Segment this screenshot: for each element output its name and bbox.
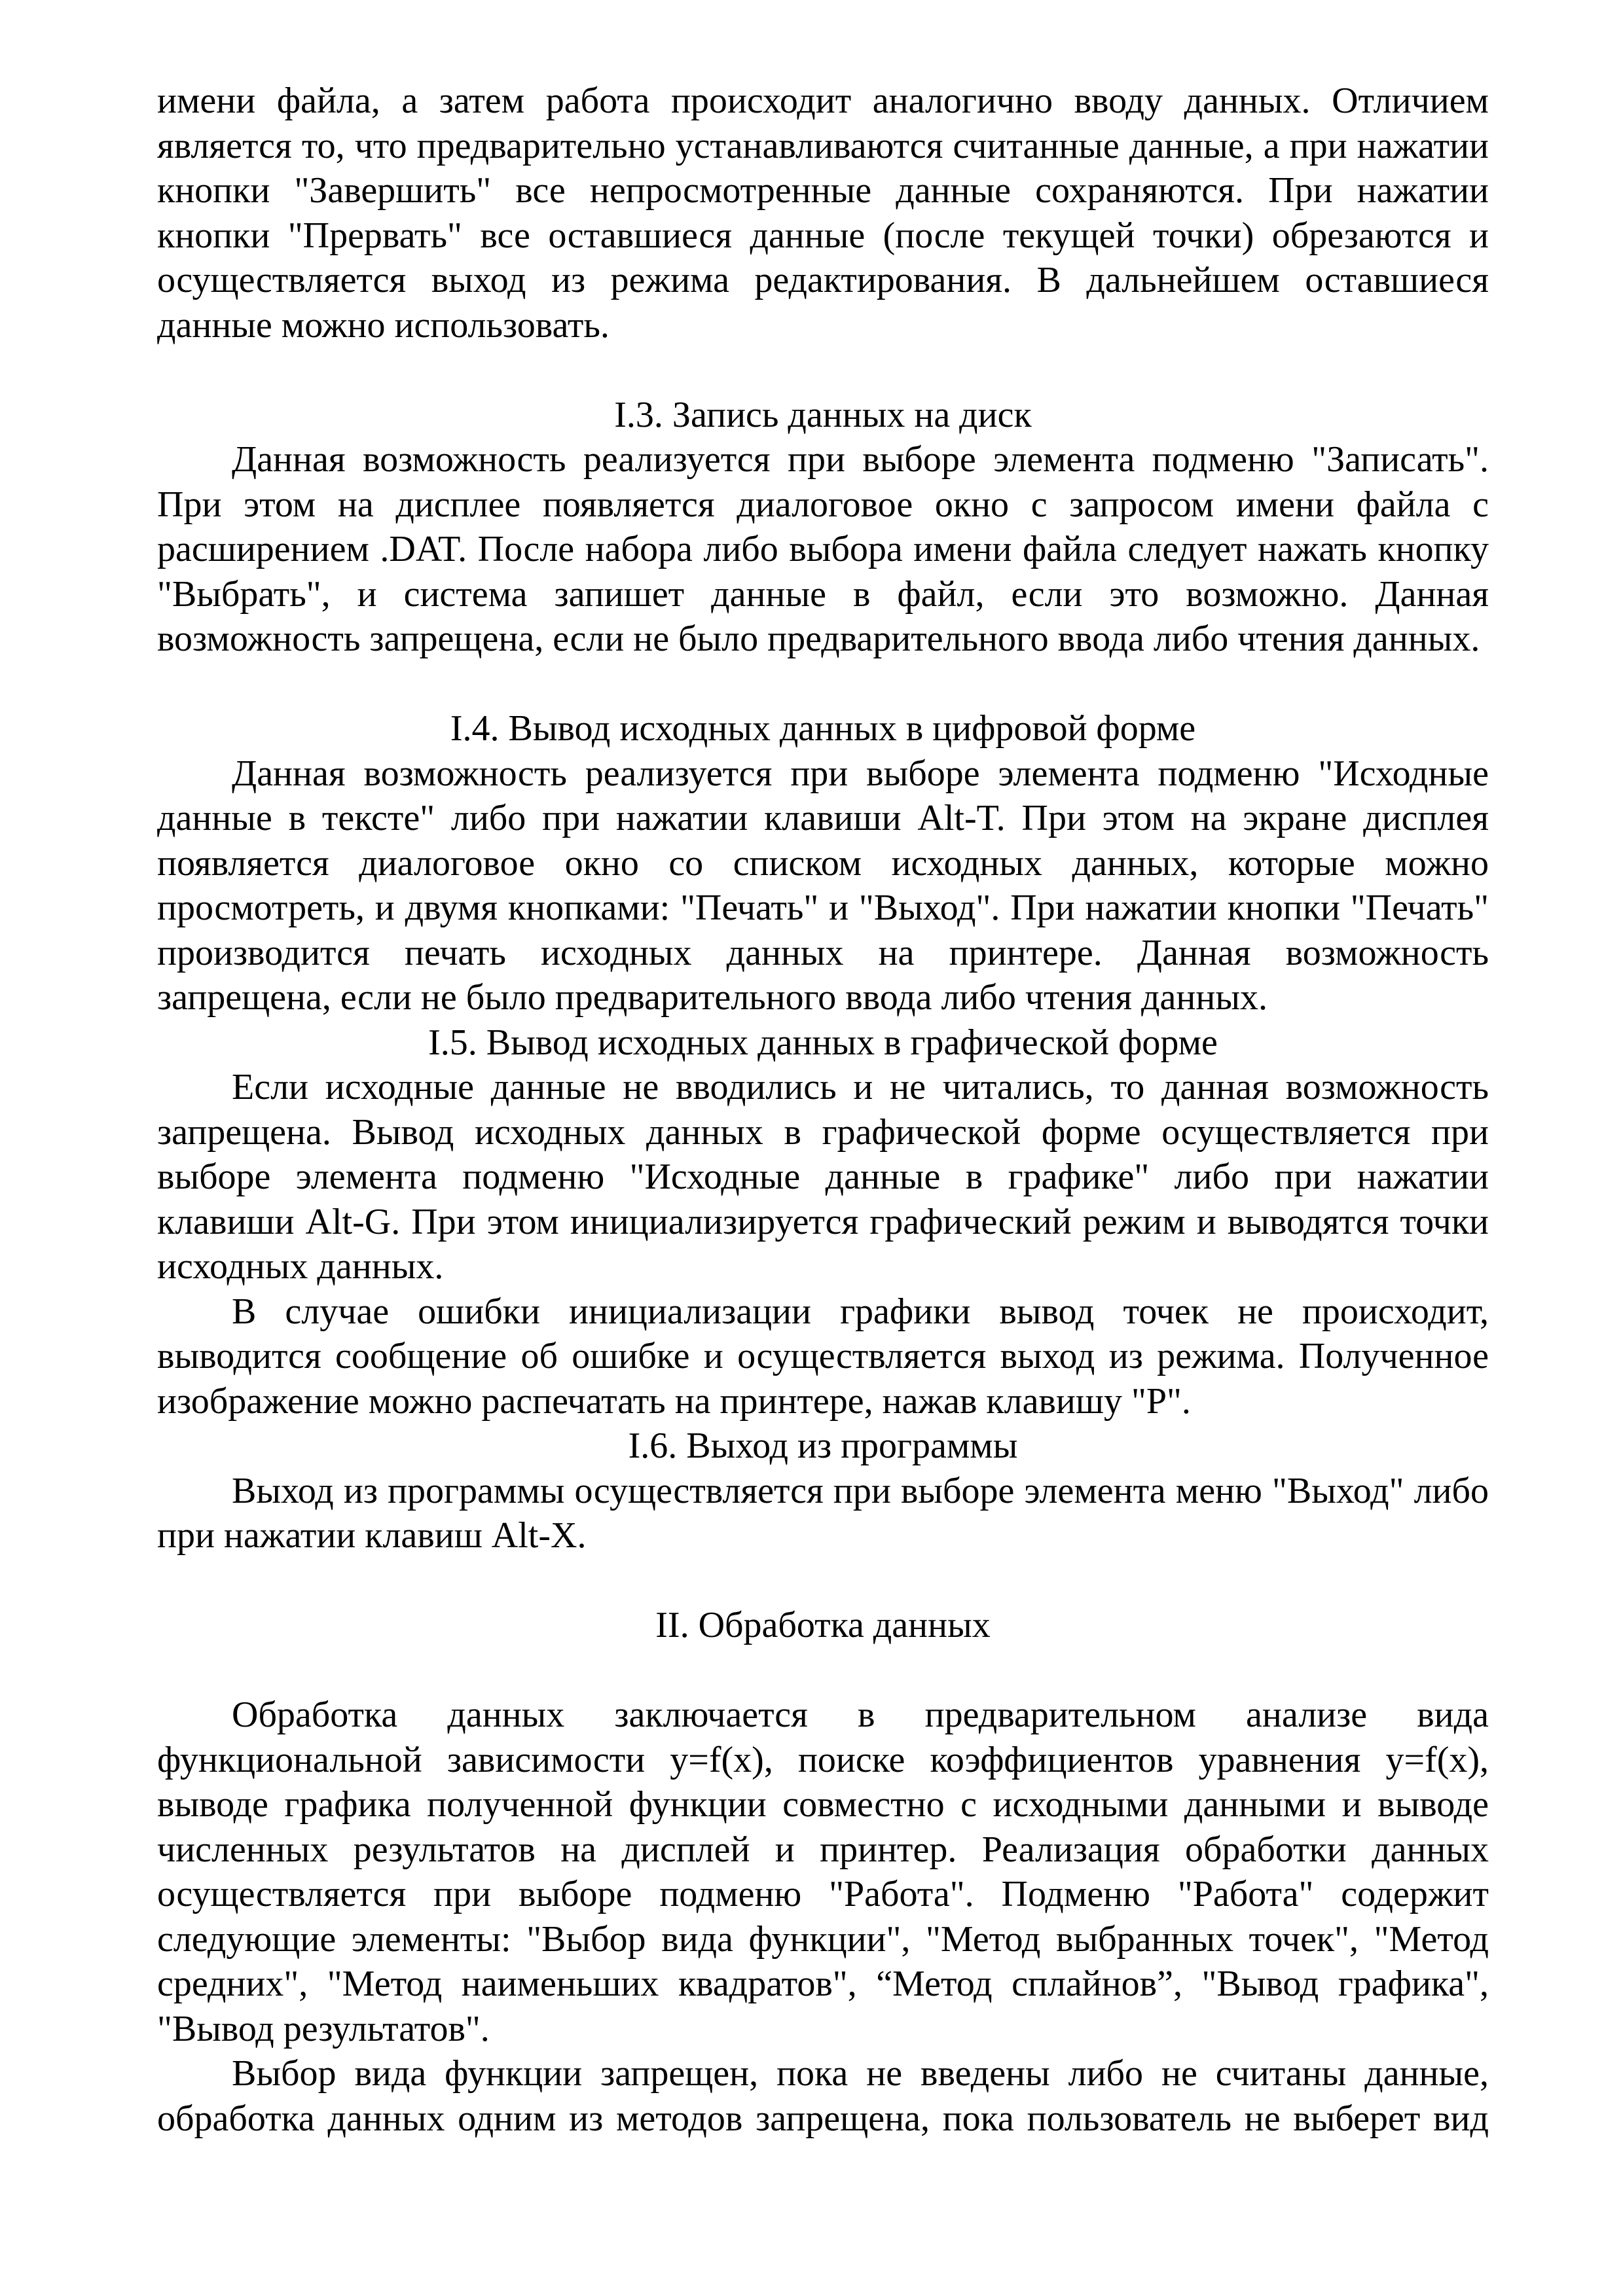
section-heading-i4: I.4. Вывод исходных данных в цифровой фо… — [157, 706, 1489, 751]
paragraph-line: "Выбрать", и система запишет данные в фа… — [157, 572, 1489, 617]
blank-line — [157, 1648, 1489, 1693]
paragraph-line: расширением .DAT. После набора либо выбо… — [157, 527, 1489, 572]
paragraph-line: запрещена, если не было предварительного… — [157, 975, 1489, 1020]
paragraph-line: запрещена. Вывод исходных данных в графи… — [157, 1110, 1489, 1155]
paragraph-line: обработка данных одним из методов запрещ… — [157, 2096, 1489, 2142]
paragraph-line: При этом на дисплее появляется диалогово… — [157, 482, 1489, 528]
paragraph-line: численных результатов на дисплей и принт… — [157, 1827, 1489, 1873]
section-heading-ii: II. Обработка данных — [157, 1603, 1489, 1648]
paragraph-line: Если исходные данные не вводились и не ч… — [157, 1065, 1489, 1110]
section-heading-i5: I.5. Вывод исходных данных в графической… — [157, 1020, 1489, 1066]
paragraph-line: В случае ошибки инициализации графики вы… — [157, 1289, 1489, 1335]
paragraph-line: Данная возможность реализуется при выбор… — [157, 437, 1489, 482]
paragraph-line: данные в тексте" либо при нажатии клавиш… — [157, 796, 1489, 841]
paragraph-line: данные можно использовать. — [157, 303, 1489, 348]
blank-line — [157, 662, 1489, 707]
blank-line — [157, 348, 1489, 393]
paragraph-line: при нажатии клавиш Alt-X. — [157, 1513, 1489, 1558]
paragraph-line: изображение можно распечатать на принтер… — [157, 1379, 1489, 1424]
paragraph-line: клавиши Alt-G. При этом инициализируется… — [157, 1200, 1489, 1245]
paragraph-line: Выход из программы осуществляется при вы… — [157, 1469, 1489, 1514]
paragraph-line: осуществляется выход из режима редактиро… — [157, 258, 1489, 303]
paragraph-line: "Вывод результатов". — [157, 2007, 1489, 2052]
paragraph-line: средних", "Метод наименьших квадратов", … — [157, 1962, 1489, 2007]
section-heading-i3: I.3. Запись данных на диск — [157, 393, 1489, 438]
paragraph-line: осуществляется при выборе подменю "Работ… — [157, 1872, 1489, 1917]
paragraph-line: просмотреть, и двумя кнопками: "Печать" … — [157, 886, 1489, 931]
paragraph-line: является то, что предварительно устанавл… — [157, 124, 1489, 169]
paragraph-line: выводе графика полученной функции совмес… — [157, 1782, 1489, 1827]
paragraph-line: следующие элементы: "Выбор вида функции"… — [157, 1917, 1489, 1962]
paragraph-line: исходных данных. — [157, 1244, 1489, 1289]
paragraph-line: функциональной зависимости y=f(x), поиск… — [157, 1738, 1489, 1783]
paragraph-line: имени файла, а затем работа происходит а… — [157, 79, 1489, 124]
paragraph-line: Данная возможность реализуется при выбор… — [157, 751, 1489, 797]
document-page: имени файла, а затем работа происходит а… — [0, 0, 1623, 2296]
paragraph-line: кнопки "Прервать" все оставшиеся данные … — [157, 213, 1489, 259]
paragraph-line: возможность запрещена, если не было пред… — [157, 617, 1489, 662]
paragraph-line: производится печать исходных данных на п… — [157, 931, 1489, 976]
paragraph-line: появляется диалоговое окно со списком ис… — [157, 841, 1489, 886]
paragraph-line: выводится сообщение об ошибке и осуществ… — [157, 1334, 1489, 1379]
paragraph-line: кнопки "Завершить" все непросмотренные д… — [157, 168, 1489, 213]
paragraph-line: Выбор вида функции запрещен, пока не вве… — [157, 2051, 1489, 2096]
section-heading-i6: I.6. Выход из программы — [157, 1424, 1489, 1469]
paragraph-line: Обработка данных заключается в предварит… — [157, 1693, 1489, 1738]
paragraph-line: выборе элемента подменю "Исходные данные… — [157, 1155, 1489, 1200]
blank-line — [157, 1558, 1489, 1604]
